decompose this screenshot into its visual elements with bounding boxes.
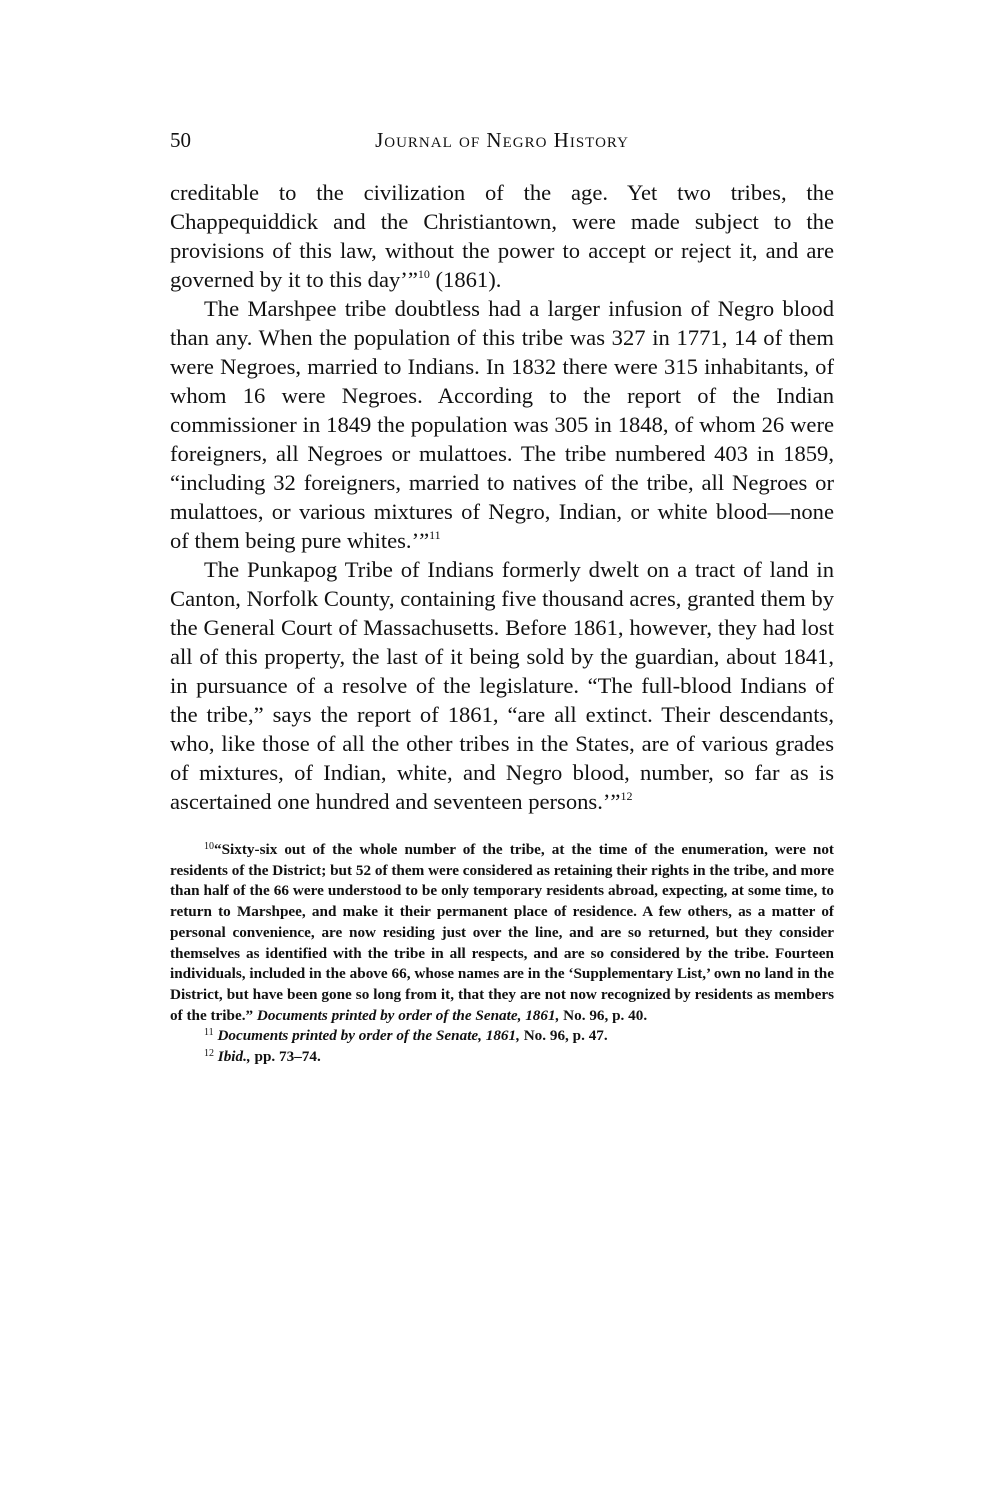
running-head: 50 Journal of Negro History [170,128,834,158]
footnote-citation: Ibid., [218,1048,251,1065]
footnote-11: 11 Documents printed by order of the Sen… [170,1026,834,1047]
footnote-number: 11 [204,1027,214,1038]
footnote-citation: Documents printed by order of the Senate… [217,1027,519,1044]
body-text: creditable to the civilization of the ag… [170,178,834,816]
footnote-10: 10“Sixty-six out of the whole number of … [170,840,834,1026]
footnote-citation: Documents printed by order of the Senate… [257,1007,559,1024]
document-page: 50 Journal of Negro History creditable t… [170,128,834,1068]
footnote-ref: 12 [620,789,632,803]
footnote-number: 10 [204,841,214,852]
paragraph-marshpee: The Marshpee tribe doubtless had a large… [170,294,834,555]
paragraph-punkapog: The Punkapog Tribe of Indians formerly d… [170,555,834,816]
footnote-ref: 11 [429,528,441,542]
footnote-number: 12 [204,1048,214,1059]
footnote-citation-tail: pp. 73–74. [251,1048,321,1065]
footnote-citation-tail: No. 96, p. 47. [520,1027,608,1044]
footnote-ref: 10 [418,267,430,281]
paragraph-text: creditable to the civilization of the ag… [170,180,834,292]
paragraph-continuation: creditable to the civilization of the ag… [170,178,834,294]
footnotes: 10“Sixty-six out of the whole number of … [170,840,834,1068]
paragraph-text: The Punkapog Tribe of Indians formerly d… [170,557,834,814]
footnote-12: 12 Ibid., pp. 73–74. [170,1047,834,1068]
paragraph-tail: (1861). [430,267,502,292]
footnote-text: “Sixty-six out of the whole number of th… [170,841,834,1024]
footnote-citation-tail: No. 96, p. 40. [559,1007,647,1024]
journal-title: Journal of Negro History [170,128,834,153]
paragraph-text: The Marshpee tribe doubtless had a large… [170,296,834,553]
